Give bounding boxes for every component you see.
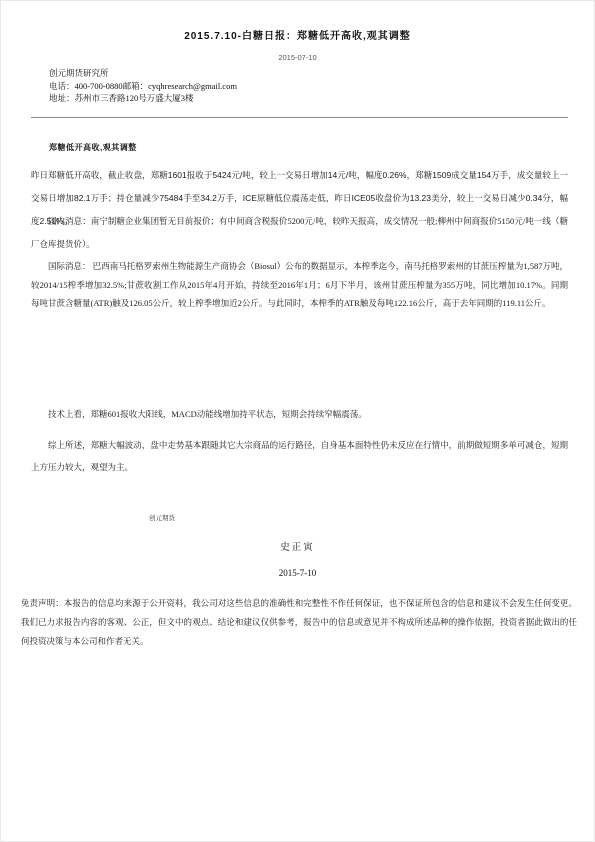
organization-name: 创元期货研究所	[49, 67, 237, 80]
technical-analysis-paragraph: 技术上看，郑糖601报收大阳线，MACD动能线增加持平状态，短期会持续窄幅震荡。	[31, 405, 568, 424]
disclaimer-paragraph: 免责声明：本报告的信息均来源于公开资料，我公司对这些信息的准确性和完整性不作任何…	[21, 594, 577, 651]
phone-email-line: 电话：400-700-0880邮箱：cyqhresearch@gmail.com	[49, 80, 237, 93]
brand-watermark: 创元期货	[149, 513, 175, 522]
signature-date: 2015-7-10	[1, 568, 594, 578]
domestic-news-paragraph: 国内消息：南宁制糖企业集团暂无目前报价；有中间商含税报价5200元/吨，较昨天报…	[31, 210, 568, 256]
contact-block: 创元期货研究所 电话：400-700-0880邮箱：cyqhresearch@g…	[49, 67, 237, 105]
conclusion-paragraph: 综上所述，郑糖大幅波动，盘中走势基本跟随其它大宗商品的运行路径，自身基本面特性仍…	[31, 434, 568, 478]
document-title: 2015.7.10-白糖日报：郑糖低开高收,观其调整	[1, 27, 594, 42]
address-line: 地址：苏州市三香路120号万盛大厦3楼	[49, 92, 237, 105]
international-news-paragraph: 国际消息： 巴西南马托格罗索州生物能源生产商协会（Biosul）公布的数据显示，…	[31, 257, 568, 313]
report-page: 2015.7.10-白糖日报：郑糖低开高收,观其调整 2015-07-10 创元…	[0, 0, 595, 842]
section-heading: 郑糖低开高收,观其调整	[49, 142, 137, 153]
header-divider	[31, 117, 568, 118]
analyst-signature: 史正寅	[1, 539, 594, 553]
document-date: 2015-07-10	[1, 53, 594, 62]
